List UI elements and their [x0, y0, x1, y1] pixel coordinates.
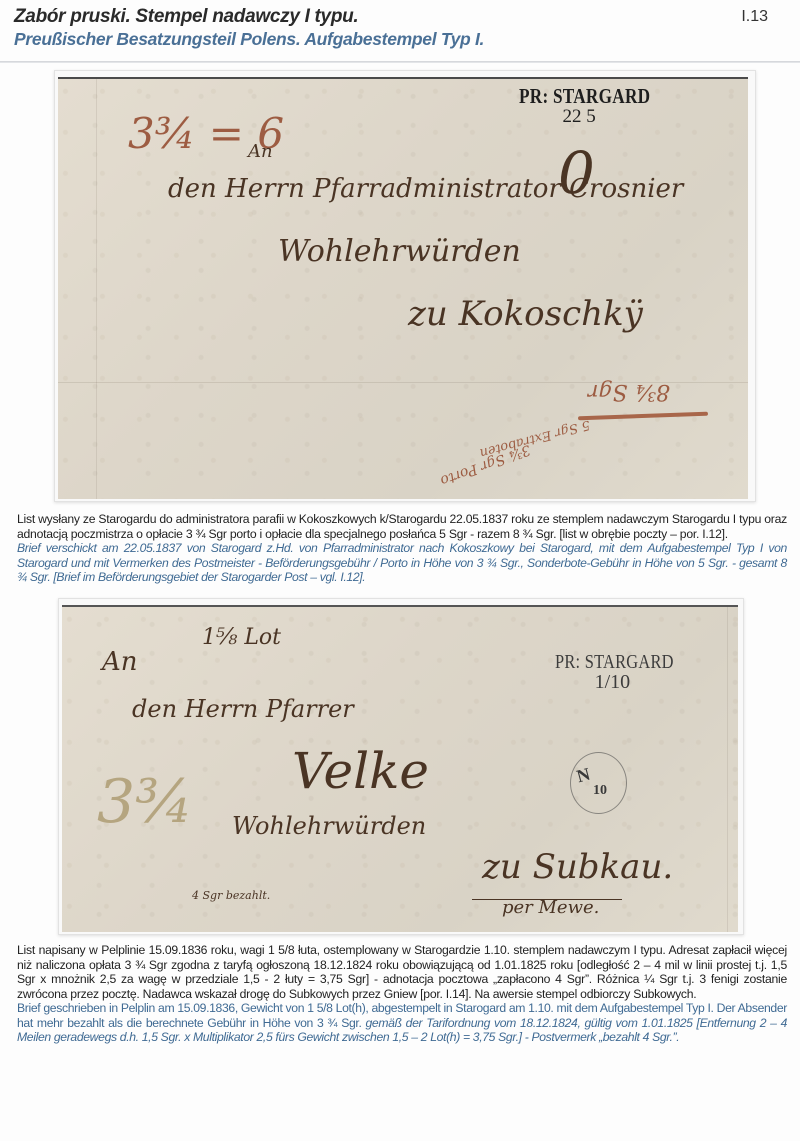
address-line-4: Wohlehrwürden: [232, 812, 426, 840]
charge-underline: [578, 412, 708, 421]
paid-note: 4 Sgr bezahlt.: [192, 889, 270, 902]
page-number: I.13: [741, 8, 768, 26]
caption-2-german: Brief geschrieben in Pelplin am 15.09.18…: [17, 1001, 787, 1045]
address-line-5: zu Subkau.: [482, 847, 673, 887]
handwritten-rate: 3¾: [97, 767, 193, 837]
route-underline: [472, 899, 622, 900]
page-subtitle: Preußischer Besatzungsteil Polens. Aufga…: [14, 29, 484, 50]
address-line-1: An: [248, 141, 273, 162]
address-line-2: den Herrn Pfarradministrator Crosnier: [168, 174, 683, 204]
address-line-2: den Herrn Pfarrer: [132, 695, 354, 723]
caption-2-polish: List napisany w Pelplinie 15.09.1836 rok…: [17, 943, 787, 1001]
cover-2: PR: STARGARD 1/10 N 10 1⅝ Lot An den Her…: [62, 605, 738, 932]
header-divider: [0, 61, 800, 63]
cover-1: PR: STARGARD 22 5 3¾ = 6 0 An den Herrn …: [58, 77, 748, 499]
address-line-4: zu Kokoschkÿ: [408, 294, 643, 334]
fold-line: [96, 79, 97, 499]
handwritten-weight: 1⅝ Lot: [202, 625, 281, 650]
handwritten-total-charge: 8¾ Sgr: [588, 379, 670, 404]
address-line-3: Velke: [292, 742, 429, 800]
route-note: per Mewe.: [502, 897, 599, 918]
address-line-3: Wohlehrwürden: [278, 234, 521, 269]
caption-1-german: Brief verschickt am 22.05.1837 von Staro…: [17, 541, 787, 585]
caption-1-polish: List wysłany ze Starogardu do administra…: [17, 512, 787, 541]
page-title: Zabór pruski. Stempel nadawczy I typu.: [14, 6, 358, 28]
round-receiving-postmark: N 10: [570, 752, 627, 814]
fold-line: [727, 607, 728, 932]
postmark-pr-stargard: PR: STARGARD 22 5: [519, 86, 679, 126]
caption-2: List napisany w Pelplinie 15.09.1836 rok…: [17, 943, 787, 1045]
caption-1: List wysłany ze Starogardu do administra…: [17, 512, 787, 585]
address-line-1: An: [102, 647, 138, 677]
postmark-pr-stargard: PR: STARGARD 1/10: [555, 652, 700, 692]
